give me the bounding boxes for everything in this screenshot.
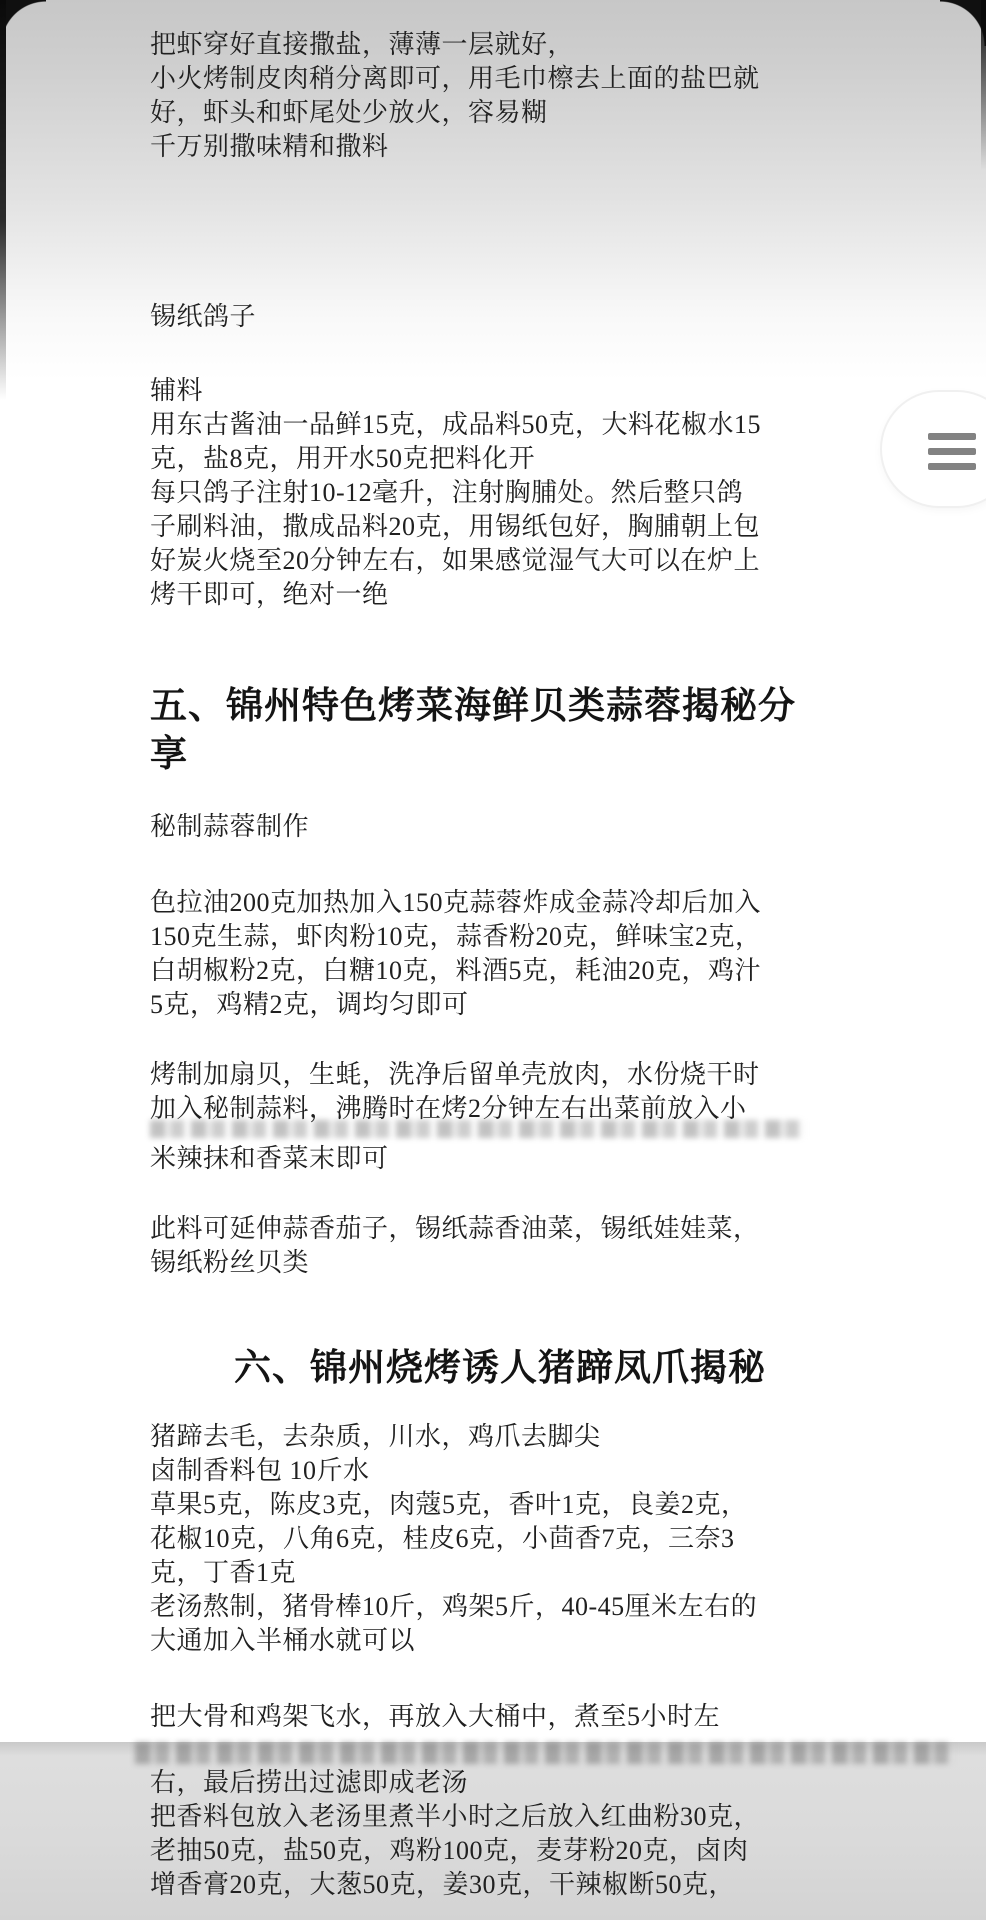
text-line: 米辣抹和香菜末即可 [150, 1142, 760, 1176]
text-line: 卤制香料包 10斤水 [150, 1454, 757, 1488]
text-line: 把虾穿好直接撒盐，薄薄一层就好， [150, 28, 760, 62]
document-screenshot: 把虾穿好直接撒盐，薄薄一层就好， 小火烤制皮肉稍分离即可，用毛巾檫去上面的盐巴就… [0, 0, 986, 1920]
text-line: 老抽50克，盐50克，鸡粉100克，麦芽粉20克，卤肉 [150, 1834, 760, 1868]
text-line: 色拉油200克加热加入150克蒜蓉炸成金蒜冷却后加入 [150, 886, 762, 920]
text-line: 把香料包放入老汤里煮半小时之后放入红曲粉30克， [150, 1800, 760, 1834]
text-line: 每只鸽子注射10-12毫升，注射胸脯处。然后整只鸽 [150, 476, 761, 510]
text-line: 150克生蒜，虾肉粉10克，蒜香粉20克，鲜味宝2克， [150, 920, 762, 954]
text-line: 克，丁香1克 [150, 1556, 757, 1590]
section6-heading: 六、锦州烧烤诱人猪蹄凤爪揭秘 [150, 1344, 850, 1392]
text-line: 辅料 [150, 374, 761, 408]
text-line: 猪蹄去毛，去杂质，川水，鸡爪去脚尖 [150, 1420, 757, 1454]
text-line: 秘制蒜蓉制作 [150, 810, 309, 844]
text-line: 花椒10克，八角6克，桂皮6克，小茴香7克，三奈3 [150, 1522, 757, 1556]
ghost-text-artifact [150, 1120, 805, 1138]
text-line: 子刷料油，撒成品料20克，用锡纸包好，胸脯朝上包 [150, 510, 761, 544]
ghost-text-artifact [135, 1742, 955, 1764]
text-line: 大通加入半桶水就可以 [150, 1624, 757, 1658]
sauce-uses-paragraph: 此料可延伸蒜香茄子，锡纸蒜香油菜，锡纸娃娃菜， 锡纸粉丝贝类 [150, 1212, 760, 1280]
text-line: 烤制加扇贝，生蚝，洗净后留单壳放肉，水份烧干时 [150, 1058, 760, 1092]
screen-edge-left [0, 0, 6, 400]
screen-corner-top-left [0, 0, 46, 46]
text-line: 好炭火烧至20分钟左右，如果感觉湿气大可以在炉上 [150, 544, 761, 578]
text-line: 小火烤制皮肉稍分离即可，用毛巾檫去上面的盐巴就 [150, 62, 760, 96]
pigeon-title: 锡纸鸽子 [150, 300, 256, 334]
text-line: 克，盐8克，用开水50克把料化开 [150, 442, 761, 476]
pigeon-paragraph: 辅料 用东古酱油一品鲜15克，成品料50克，大料花椒水15 克，盐8克，用开水5… [150, 374, 761, 612]
text-line: 草果5克，陈皮3克，肉蔻5克，香叶1克，良姜2克， [150, 1488, 757, 1522]
section5-heading: 五、锦州特色烤菜海鲜贝类蒜蓉揭秘分 享 [150, 682, 796, 778]
screen-edge-right [981, 0, 986, 170]
hamburger-menu-icon [928, 433, 976, 470]
text-line: 锡纸鸽子 [150, 300, 256, 334]
text-line: 锡纸粉丝贝类 [150, 1246, 760, 1280]
heading-line: 享 [150, 730, 796, 778]
text-line: 5克，鸡精2克，调均匀即可 [150, 988, 762, 1022]
screen-corner-top-right [940, 0, 986, 46]
text-line: 此料可延伸蒜香茄子，锡纸蒜香油菜，锡纸娃娃菜， [150, 1212, 760, 1246]
heading-line: 五、锦州特色烤菜海鲜贝类蒜蓉揭秘分 [150, 682, 796, 730]
text-line: 好，虾头和虾尾处少放火，容易糊 [150, 96, 760, 130]
scallop-paragraph: 烤制加扇贝，生蚝，洗净后留单壳放肉，水份烧干时 加入秘制蒜料，沸腾时在烤2分钟左… [150, 1058, 760, 1176]
section5-subtitle: 秘制蒜蓉制作 [150, 810, 309, 844]
text-line: 用东古酱油一品鲜15克，成品料50克，大料花椒水15 [150, 408, 761, 442]
text-line: 老汤熬制，猪骨棒10斤，鸡架5斤，40-45厘米左右的 [150, 1590, 757, 1624]
text-line: 烤干即可，绝对一绝 [150, 578, 761, 612]
intro-paragraph: 把虾穿好直接撒盐，薄薄一层就好， 小火烤制皮肉稍分离即可，用毛巾檫去上面的盐巴就… [150, 28, 760, 164]
trotter-paragraph: 猪蹄去毛，去杂质，川水，鸡爪去脚尖 卤制香料包 10斤水 草果5克，陈皮3克，肉… [150, 1420, 757, 1658]
text-line: 右，最后捞出过滤即成老汤 [150, 1766, 760, 1800]
text-line: 千万别撒味精和撒料 [150, 130, 760, 164]
broth-paragraph-top: 把大骨和鸡架飞水，再放入大桶中，煮至5小时左 [150, 1700, 720, 1734]
text-line: 白胡椒粉2克，白糖10克，料酒5克，耗油20克，鸡汁 [150, 954, 762, 988]
heading-line: 六、锦州烧烤诱人猪蹄凤爪揭秘 [150, 1344, 850, 1392]
floating-menu-button[interactable] [882, 392, 986, 506]
text-line: 把大骨和鸡架飞水，再放入大桶中，煮至5小时左 [150, 1700, 720, 1734]
broth-paragraph-bottom: 右，最后捞出过滤即成老汤 把香料包放入老汤里煮半小时之后放入红曲粉30克， 老抽… [150, 1766, 760, 1902]
garlic-sauce-paragraph: 色拉油200克加热加入150克蒜蓉炸成金蒜冷却后加入 150克生蒜，虾肉粉10克… [150, 886, 762, 1022]
text-line: 增香膏20克，大葱50克，姜30克，干辣椒断50克， [150, 1868, 760, 1902]
